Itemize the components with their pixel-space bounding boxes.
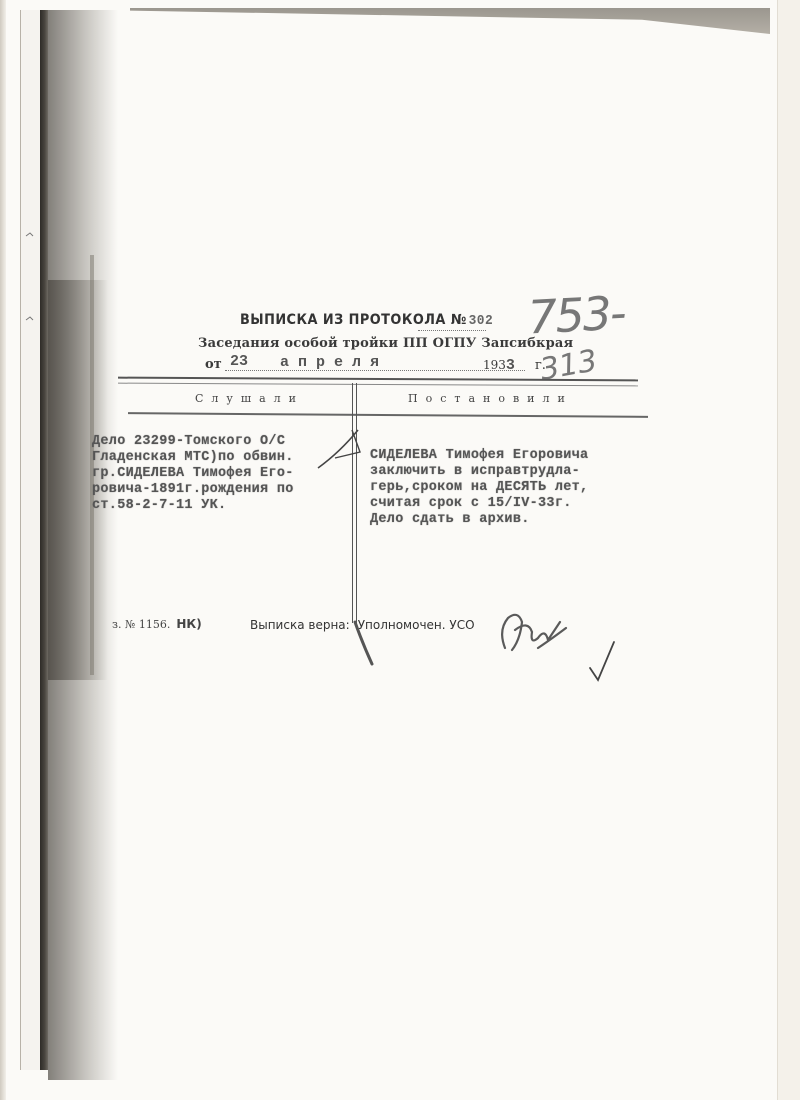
date-prefix: от — [205, 357, 222, 372]
column-heading-resolved: Постановили — [408, 392, 573, 405]
verified-label: Выписка верна: — [250, 618, 350, 632]
document-title: ВЫПИСКА ИЗ ПРОТОКОЛА №302 — [240, 312, 493, 329]
column-heading-heard: Слушали — [195, 392, 304, 405]
document-subtitle: Заседания особой тройки ПП ОГПУ Запсибкр… — [198, 336, 573, 351]
page-edge-right — [777, 0, 800, 1100]
column-divider — [352, 383, 357, 623]
binder-bar — [40, 10, 48, 1070]
date-year: 1933 — [483, 357, 515, 374]
date-day: 23 — [230, 353, 248, 370]
protocol-number: 302 — [469, 313, 494, 329]
top-scan-shadow — [130, 8, 770, 34]
footer-reference: з. № 1156.НК) — [112, 617, 202, 631]
date-dotted-line — [225, 370, 525, 371]
resolved-text: СИДЕЛЕВА Тимофея Егоровича заключить в и… — [370, 448, 588, 528]
official-title: Уполномочен. УСО — [358, 618, 475, 632]
footer-verification: Выписка верна:Уполномочен. УСО — [250, 618, 475, 632]
scan-edge — [0, 0, 6, 1100]
title-underline — [418, 330, 486, 331]
title-text: ВЫПИСКА ИЗ ПРОТОКОЛА № — [240, 312, 467, 328]
handwritten-file-number: 753- — [527, 286, 626, 345]
date-line: от 23 апреля 1933 г. — [205, 356, 575, 376]
date-month: апреля — [280, 354, 388, 371]
heard-text: Дело 23299-Томского О/С Гладенская МТС)п… — [92, 434, 294, 514]
